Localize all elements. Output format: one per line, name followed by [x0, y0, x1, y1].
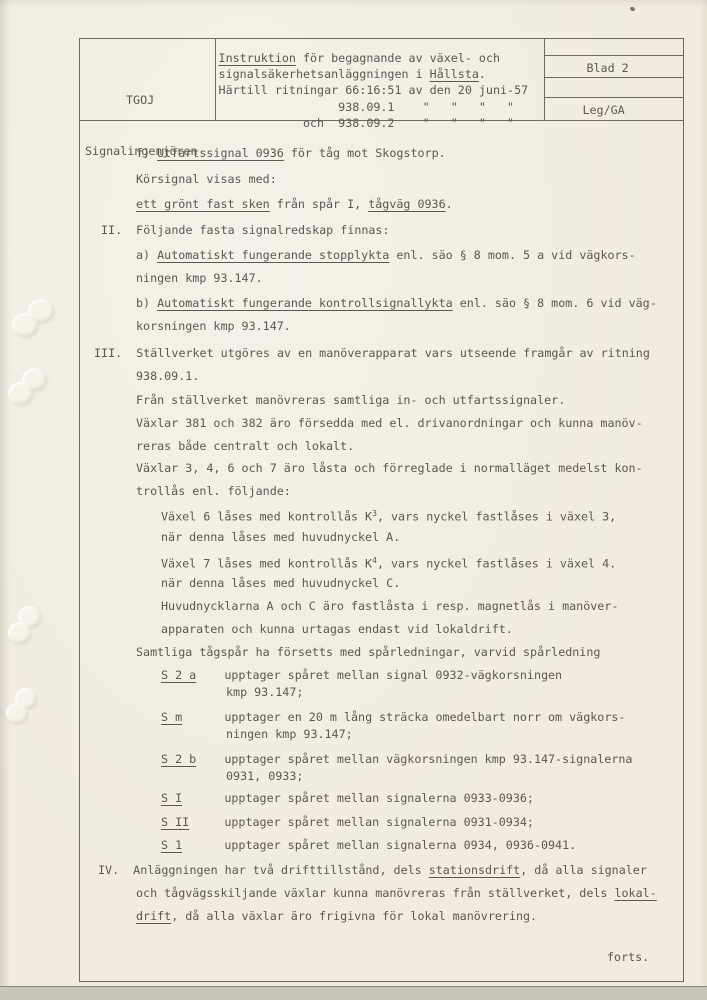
- text-segment: Huvudnycklarna A och C äro fastlåsta i r…: [161, 599, 618, 613]
- text-line: S 2 a upptager spåret mellan signal 0932…: [161, 669, 562, 682]
- text-line: S 1 upptager spåret mellan signalerna 09…: [161, 839, 576, 852]
- text-line: Huvudnycklarna A och C äro fastlåsta i r…: [161, 600, 618, 613]
- text-segment: III. Ställverket utgöres av en manöverap…: [94, 346, 650, 360]
- underlined-text: Utfartssignal 0936: [157, 146, 284, 160]
- text-line: när denna låses med huvudnyckel C.: [161, 577, 400, 590]
- text-segment: b): [136, 296, 157, 310]
- org-name: TGOJ: [80, 92, 215, 109]
- text-line: ningen kmp 93.147;: [226, 728, 353, 741]
- text-segment: , då alla signaler: [520, 863, 647, 877]
- text-segment: och tågvägsskiljande växlar kunna manövr…: [136, 886, 614, 900]
- text-segment: a): [136, 248, 157, 262]
- text-line: Körsignal visas med:: [136, 173, 277, 186]
- signature-field: Leg/GA: [545, 98, 683, 120]
- text-segment: från spår I,: [270, 197, 369, 211]
- text-segment: upptager spåret mellan signalerna 0934, …: [182, 838, 576, 852]
- text-line: 938.09.1.: [136, 370, 199, 383]
- text-line: och tågvägsskiljande växlar kunna manövr…: [136, 887, 657, 900]
- text-line: apparaten och kunna urtagas endast vid l…: [161, 623, 513, 636]
- underlined-text: Hållsta: [430, 67, 479, 81]
- text-segment: forts.: [607, 950, 649, 964]
- punch-hole: [6, 703, 28, 724]
- text-line: ett grönt fast sken från spår I, tågväg …: [136, 198, 453, 211]
- text-segment: Växlar 381 och 382 äro försedda med el. …: [136, 416, 643, 430]
- underlined-text: drift: [136, 909, 171, 923]
- meta-empty-row: [545, 78, 683, 99]
- text-segment: för begagnande av växel- och: [296, 51, 500, 65]
- title-line: signalsäkerhetsanläggningen i Hållsta.: [219, 66, 545, 82]
- punch-hole: [8, 382, 33, 405]
- text-line: S I upptager spåret mellan signalerna 09…: [161, 792, 534, 805]
- header-title-cell: Instruktion för begagnande av växel- och…: [216, 39, 546, 120]
- text-segment: IV. Anläggningen har två drifttillstånd,…: [98, 863, 429, 877]
- text-line: Växlar 3, 4, 6 och 7 äro låsta och förre…: [136, 462, 643, 475]
- text-segment: när denna låses med huvudnyckel A.: [161, 530, 400, 544]
- text-segment: Härtill ritningar 66:16:51 av den 20 jun…: [219, 83, 529, 97]
- header-table: TGOJ Signalingenjören Instruktion för be…: [80, 39, 683, 121]
- underlined-text: S 2 b: [161, 752, 196, 766]
- text-line: reras både centralt och lokalt.: [136, 440, 354, 453]
- text-segment: Från ställverket manövreras samtliga in-…: [136, 393, 565, 407]
- punch-hole: [12, 313, 38, 337]
- text-segment: för tåg mot Skogstorp.: [284, 146, 446, 160]
- text-segment: , då alla växlar äro frigivna för lokal …: [171, 909, 537, 923]
- text-line: b) Automatiskt fungerande kontrollsignal…: [136, 297, 657, 310]
- underlined-text: S I: [161, 791, 182, 805]
- text-segment: Samtliga tågspår ha försetts med spårled…: [136, 645, 600, 659]
- meta-empty-row: [545, 39, 683, 56]
- text-line: korsningen kmp 93.147.: [136, 320, 291, 333]
- text-line: Samtliga tågspår ha försetts med spårled…: [136, 646, 600, 659]
- text-segment: enl. säo § 8 mom. 5 a vid vägkors-: [389, 248, 635, 262]
- text-segment: Växlar 3, 4, 6 och 7 äro låsta och förre…: [136, 461, 643, 475]
- text-segment: 938.09.1 " " " ": [219, 100, 515, 114]
- text-segment: kmp 93.147;: [226, 685, 303, 699]
- text-line: S m upptager en 20 m lång sträcka omedel…: [161, 711, 625, 724]
- text-line: kmp 93.147;: [226, 686, 303, 699]
- text-segment: , vars nyckel fastlåses i växel 4.: [377, 557, 616, 571]
- content-frame: TGOJ Signalingenjören Instruktion för be…: [79, 38, 684, 982]
- text-segment: upptager spåret mellan signalerna 0933-0…: [182, 791, 534, 805]
- title-line: Härtill ritningar 66:16:51 av den 20 jun…: [219, 82, 545, 98]
- underlined-text: ett grönt fast sken: [136, 197, 270, 211]
- text-segment: apparaten och kunna urtagas endast vid l…: [161, 622, 513, 636]
- text-line: 0931, 0933;: [226, 770, 303, 783]
- underlined-text: S II: [161, 815, 189, 829]
- text-line: IV. Anläggningen har två drifttillstånd,…: [98, 864, 647, 877]
- text-line: ningen kmp 93.147.: [136, 272, 263, 285]
- underlined-text: S 1: [161, 838, 182, 852]
- text-segment: upptager spåret mellan vägkorsningen kmp…: [196, 752, 632, 766]
- text-line: drift, då alla växlar äro frigivna för l…: [136, 910, 537, 923]
- text-segment: upptager spåret mellan signalerna 0931-0…: [189, 815, 534, 829]
- text-segment: .: [446, 197, 453, 211]
- underlined-text: S 2 a: [161, 668, 196, 682]
- text-segment: när denna låses med huvudnyckel C.: [161, 576, 400, 590]
- text-segment: , vars nyckel fastlåses i växel 3,: [377, 510, 616, 524]
- scanned-document-page: TGOJ Signalingenjören Instruktion för be…: [0, 0, 707, 1000]
- punch-hole: [8, 622, 31, 644]
- text-segment: .: [479, 67, 486, 81]
- text-segment: upptager en 20 m lång sträcka omedelbart…: [182, 710, 625, 724]
- text-segment: upptager spåret mellan signal 0932-vägko…: [196, 668, 562, 682]
- sheet-number: Blad 2: [545, 56, 683, 78]
- text-line: a) Automatiskt fungerande stopplykta enl…: [136, 249, 636, 262]
- text-line: Växel 6 låses med kontrollås K3, vars ny…: [161, 507, 616, 524]
- text-segment: f): [136, 146, 157, 160]
- document-body: f) Utfartssignal 0936 för tåg mot Skogst…: [80, 121, 683, 981]
- paper-bottom-edge: [0, 986, 707, 1000]
- text-line: II. Följande fasta signalredskap finnas:: [101, 224, 390, 237]
- text-line: när denna låses med huvudnyckel A.: [161, 531, 400, 544]
- header-meta-cell: Blad 2 Leg/GA: [545, 39, 683, 120]
- underlined-text: Instruktion: [219, 51, 296, 65]
- text-line: forts.: [607, 951, 649, 964]
- text-segment: reras både centralt och lokalt.: [136, 439, 354, 453]
- text-segment: signalsäkerhetsanläggningen i: [219, 67, 430, 81]
- text-segment: Växel 7 låses med kontrollås K: [161, 557, 372, 571]
- title-line: 938.09.1 " " " ": [219, 99, 545, 115]
- text-segment: ningen kmp 93.147;: [226, 727, 353, 741]
- underlined-text: Automatiskt fungerande stopplykta: [157, 248, 389, 262]
- text-segment: enl. säo § 8 mom. 6 vid väg-: [453, 296, 657, 310]
- text-line: Växel 7 låses med kontrollås K4, vars ny…: [161, 554, 616, 571]
- text-segment: ningen kmp 93.147.: [136, 271, 263, 285]
- underlined-text: tågväg 0936: [368, 197, 445, 211]
- title-line: Instruktion för begagnande av växel- och: [219, 50, 545, 66]
- text-line: III. Ställverket utgöres av en manöverap…: [94, 347, 650, 360]
- header-org-cell: TGOJ Signalingenjören: [80, 39, 216, 120]
- text-segment: II. Följande fasta signalredskap finnas:: [101, 223, 390, 237]
- text-line: trollås enl. följande:: [136, 485, 291, 498]
- text-segment: 0931, 0933;: [226, 769, 303, 783]
- text-line: Växlar 381 och 382 äro försedda med el. …: [136, 417, 643, 430]
- text-segment: Växel 6 låses med kontrollås K: [161, 510, 372, 524]
- underlined-text: S m: [161, 710, 182, 724]
- text-line: Från ställverket manövreras samtliga in-…: [136, 394, 565, 407]
- text-segment: trollås enl. följande:: [136, 484, 291, 498]
- text-line: S 2 b upptager spåret mellan vägkorsning…: [161, 753, 632, 766]
- text-segment: Körsignal visas med:: [136, 172, 277, 186]
- underlined-text: stationsdrift: [429, 863, 520, 877]
- text-line: f) Utfartssignal 0936 för tåg mot Skogst…: [136, 147, 446, 160]
- text-line: S II upptager spåret mellan signalerna 0…: [161, 816, 534, 829]
- underlined-text: lokal-: [614, 886, 656, 900]
- text-segment: 938.09.1.: [136, 369, 199, 383]
- underlined-text: Automatiskt fungerande kontrollsignallyk…: [157, 296, 453, 310]
- text-segment: korsningen kmp 93.147.: [136, 319, 291, 333]
